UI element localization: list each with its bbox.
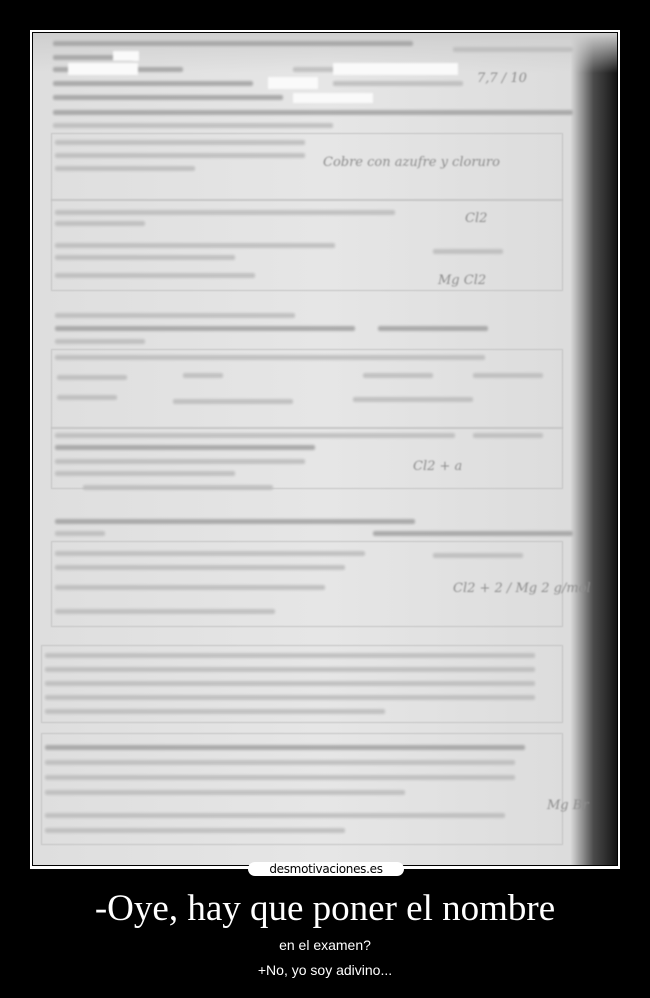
answer-3: Mg Cl2 [438, 273, 486, 288]
exam-photo: 7,7 / 10 Cobre con azufre y cloruro Cl2 … [33, 33, 617, 865]
redacted-surname [68, 63, 138, 75]
redacted-name [113, 51, 139, 61]
caption-line-1: en el examen? [0, 936, 650, 954]
answer-5: Cl2 + 2 / Mg 2 g/mol [453, 581, 591, 596]
redacted-field [268, 77, 318, 89]
answer-1: Cobre con azufre y cloruro [323, 155, 500, 170]
answer-6: Mg Br [547, 798, 589, 813]
grade-mark: 7,7 / 10 [477, 71, 527, 86]
answer-4: Cl2 + a [413, 459, 462, 474]
caption-line-2: +No, yo soy adivino... [0, 961, 650, 979]
redacted-field [333, 63, 458, 75]
caption-title: -Oye, hay que poner el nombre [0, 886, 650, 932]
redacted-field [293, 93, 373, 103]
answer-2: Cl2 [465, 211, 487, 226]
site-watermark: desmotivaciones.es [248, 862, 404, 876]
